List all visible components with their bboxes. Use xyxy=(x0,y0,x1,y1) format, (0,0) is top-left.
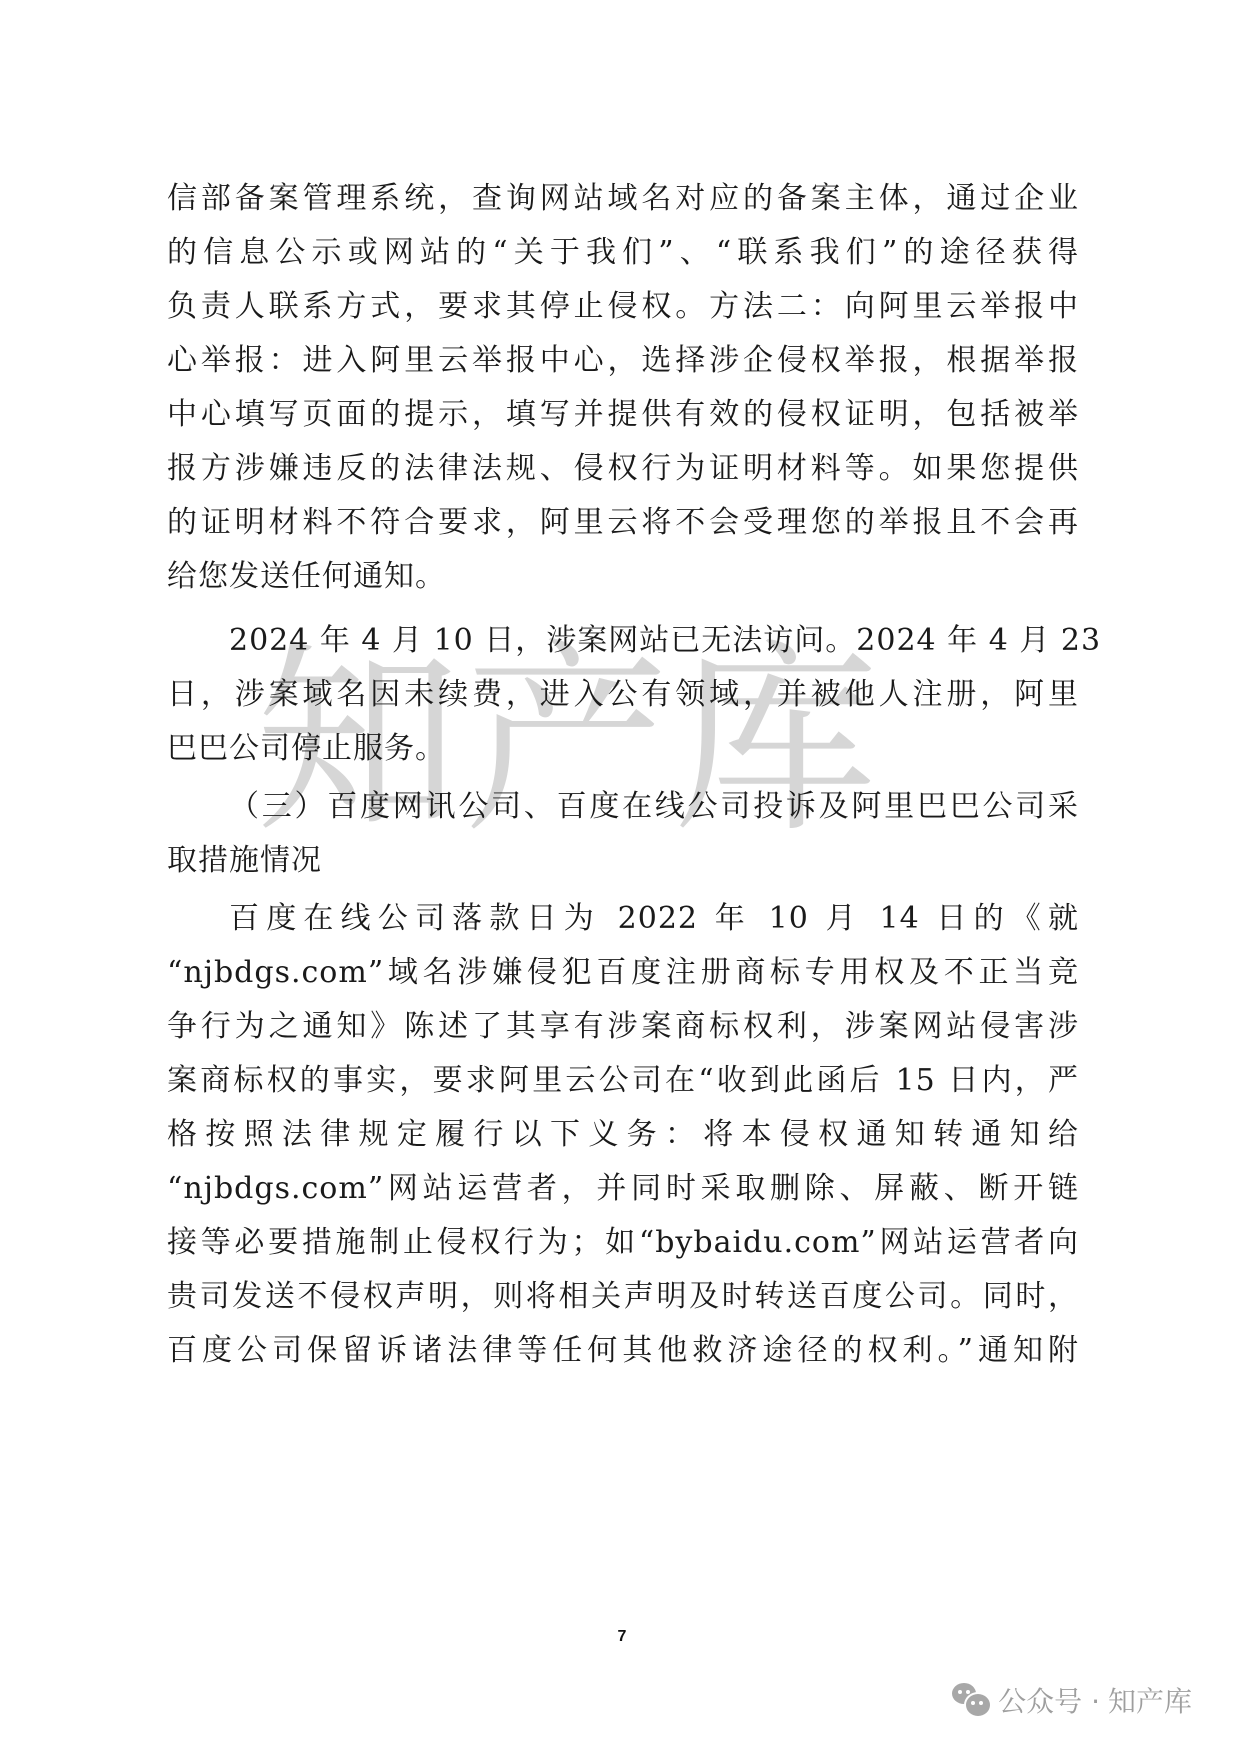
wechat-account-badge: 公众号 · 知产库 xyxy=(952,1680,1192,1720)
text-line: 接等必要措施制止侵权行为；如“bybaidu.com”网站运营者向 xyxy=(167,1216,1079,1270)
text-line: 报方涉嫌违反的法律法规、侵权行为证明材料等。如果您提供 xyxy=(167,442,1079,496)
text-line: 日，涉案域名因未续费，进入公有领域，并被他人注册，阿里 xyxy=(167,668,1079,722)
section-heading: （三）百度网讯公司、百度在线公司投诉及阿里巴巴公司采 xyxy=(167,780,1079,834)
paragraph-start: 百度在线公司落款日为 2022 年 10 月 14 日的《就 xyxy=(167,892,1079,946)
text-line: 的证明材料不符合要求，阿里云将不会受理您的举报且不会再 xyxy=(167,496,1079,550)
section-heading-cont: 取措施情况 xyxy=(167,834,1079,888)
text-line: 案商标权的事实，要求阿里云公司在“收到此函后 15 日内，严 xyxy=(167,1054,1079,1108)
brand-prefix: 公众号 · xyxy=(998,1680,1100,1720)
text-line: “njbdgs.com”网站运营者，并同时采取删除、屏蔽、断开链 xyxy=(167,1162,1079,1216)
brand-name: 知产库 xyxy=(1108,1680,1192,1720)
text-line: 心举报：进入阿里云举报中心，选择涉企侵权举报，根据举报 xyxy=(167,334,1079,388)
text-line: “njbdgs.com”域名涉嫌侵犯百度注册商标专用权及不正当竞 xyxy=(167,946,1079,1000)
wechat-icon xyxy=(952,1683,990,1717)
document-body: 信部备案管理系统，查询网站域名对应的备案主体，通过企业 的信息公示或网站的“关于… xyxy=(167,172,1079,1378)
text-line: 的信息公示或网站的“关于我们”、“联系我们”的途径获得 xyxy=(167,226,1079,280)
document-page: 知产库 信部备案管理系统，查询网站域名对应的备案主体，通过企业 的信息公示或网站… xyxy=(0,0,1240,1753)
text-line: 争行为之通知》陈述了其享有涉案商标权利，涉案网站侵害涉 xyxy=(167,1000,1079,1054)
text-line: 巴巴公司停止服务。 xyxy=(167,722,1079,776)
text-line: 贵司发送不侵权声明，则将相关声明及时转送百度公司。同时， xyxy=(167,1270,1079,1324)
paragraph-start: 2024 年 4 月 10 日，涉案网站已无法访问。2024 年 4 月 23 xyxy=(167,614,1079,668)
text-line: 负责人联系方式，要求其停止侵权。方法二：向阿里云举报中 xyxy=(167,280,1079,334)
text-line: 中心填写页面的提示，填写并提供有效的侵权证明，包括被举 xyxy=(167,388,1079,442)
text-line: 格按照法律规定履行以下义务：将本侵权通知转通知给 xyxy=(167,1108,1079,1162)
page-number: 7 xyxy=(0,1628,1240,1646)
text-line: 信部备案管理系统，查询网站域名对应的备案主体，通过企业 xyxy=(167,172,1079,226)
text-line: 给您发送任何通知。 xyxy=(167,550,1079,604)
text-line: 百度公司保留诉诸法律等任何其他救济途径的权利。”通知附 xyxy=(167,1324,1079,1378)
